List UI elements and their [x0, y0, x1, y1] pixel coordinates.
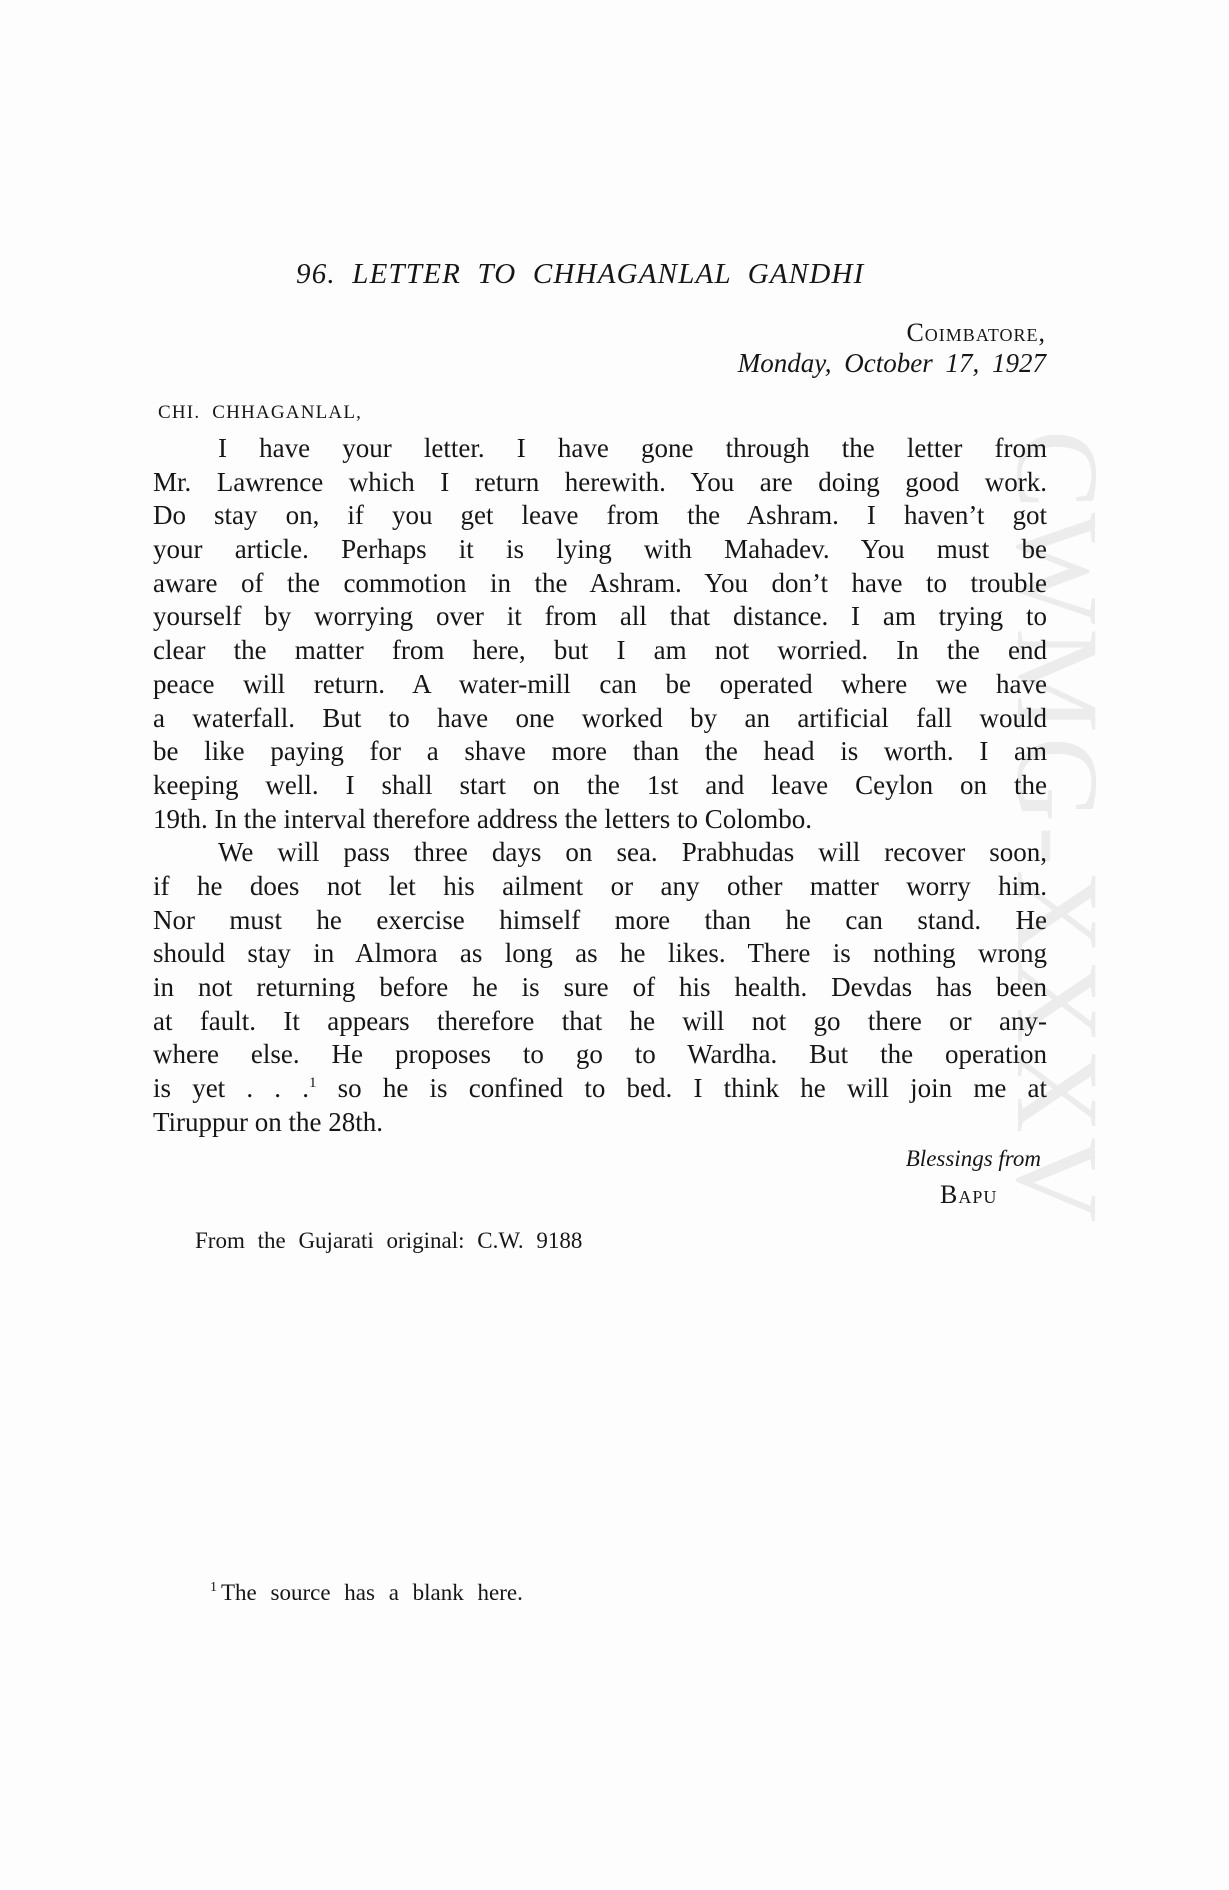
paragraph-1: I have your letter. I have gone through …	[153, 432, 1047, 836]
body-line-with-footnote: is yet . . .1 so he is confined to bed. …	[153, 1072, 1047, 1106]
letter-date: Monday, October 17, 1927	[738, 348, 1046, 379]
page-title: 96. LETTER TO CHHAGANLAL GANDHI	[296, 258, 926, 291]
body-line: I have your letter. I have gone through …	[153, 432, 1047, 466]
body-line: peace will return. A water-mill can be o…	[153, 668, 1047, 702]
body-line: We will pass three days on sea. Prabhuda…	[153, 836, 1047, 870]
line-text: so he is confined to bed. I think he wil…	[316, 1073, 1047, 1103]
closing: Blessings from	[906, 1146, 1041, 1172]
body-line: Mr. Lawrence which I return herewith. Yo…	[153, 466, 1047, 500]
line-text: is yet . . .	[153, 1073, 309, 1103]
signature: Bapu	[940, 1180, 997, 1210]
body-line: Do stay on, if you get leave from the As…	[153, 499, 1047, 533]
body-line: clear the matter from here, but I am not…	[153, 634, 1047, 668]
letter-place: Coimbatore,	[906, 318, 1046, 348]
body-line: Nor must he exercise himself more than h…	[153, 904, 1047, 938]
body-line: Tiruppur on the 28th.	[153, 1106, 1047, 1140]
body-line: be like paying for a shave more than the…	[153, 735, 1047, 769]
body-line: 19th. In the interval therefore address …	[153, 803, 1047, 837]
body-line: where else. He proposes to go to Wardha.…	[153, 1038, 1047, 1072]
body-line: in not returning before he is sure of hi…	[153, 971, 1047, 1005]
body-line: should stay in Almora as long as he like…	[153, 937, 1047, 971]
body-line: at fault. It appears therefore that he w…	[153, 1005, 1047, 1039]
footnote-number: 1	[210, 1580, 217, 1595]
body-line: keeping well. I shall start on the 1st a…	[153, 769, 1047, 803]
body-line: if he does not let his ailment or any ot…	[153, 870, 1047, 904]
paragraph-2: We will pass three days on sea. Prabhuda…	[153, 836, 1047, 1139]
letter-body: I have your letter. I have gone through …	[153, 432, 1047, 1139]
footnote: 1The source has a blank here.	[210, 1580, 523, 1606]
body-line: aware of the commotion in the Ashram. Yo…	[153, 567, 1047, 601]
salutation: CHI. CHHAGANLAL,	[158, 402, 362, 424]
body-line: your article. Perhaps it is lying with M…	[153, 533, 1047, 567]
footnote-text: The source has a blank here.	[221, 1580, 523, 1605]
body-line: a waterfall. But to have one worked by a…	[153, 702, 1047, 736]
source-note: From the Gujarati original: C.W. 9188	[195, 1228, 582, 1254]
body-line: yourself by worrying over it from all th…	[153, 600, 1047, 634]
